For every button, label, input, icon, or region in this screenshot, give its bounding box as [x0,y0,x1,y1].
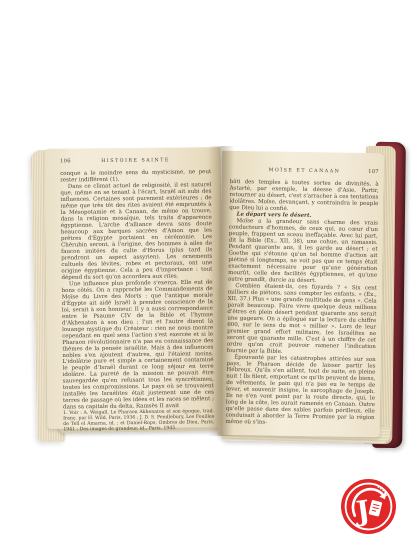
right-running-header: MOÏSE ET CANAAN [247,167,362,175]
left-running-header: HISTOIRE SAINTE [77,157,194,164]
body-paragraph: Une influence plus profonde s'exerça. El… [62,279,215,411]
body-paragraph: Combien étaient-ils, ces fuyards ? « Six… [227,282,377,356]
open-book: 106 HISTOIRE SAINTE conque a le moindre … [30,140,404,456]
right-page-header: MOÏSE ET CANAAN 107 [230,166,379,175]
body-paragraph: Dans ce climat actuel de religiosité, il… [60,182,212,281]
body-paragraph: Moïse a la grandeur sans charme des vrai… [228,218,378,285]
footnote: 1. Voir : A. Weigall, Le Pharaon Akhenat… [63,409,214,432]
seller-logo-watermark: J [340,478,397,535]
left-page-number: 106 [60,158,77,164]
left-page-header: 106 HISTOIRE SAINTE [60,156,211,164]
left-page-text: 106 HISTOIRE SAINTE conque a le moindre … [60,156,214,432]
right-page-number: 107 [362,168,379,174]
body-paragraph: bâti des temples à toutes sortes de divi… [229,179,379,214]
right-page-text: MOÏSE ET CANAAN 107 bâti des temples à t… [225,166,378,428]
product-photo: 106 HISTOIRE SAINTE conque a le moindre … [0,0,416,555]
body-paragraph: Épouvanté par les catastrophes attirées … [225,354,375,428]
